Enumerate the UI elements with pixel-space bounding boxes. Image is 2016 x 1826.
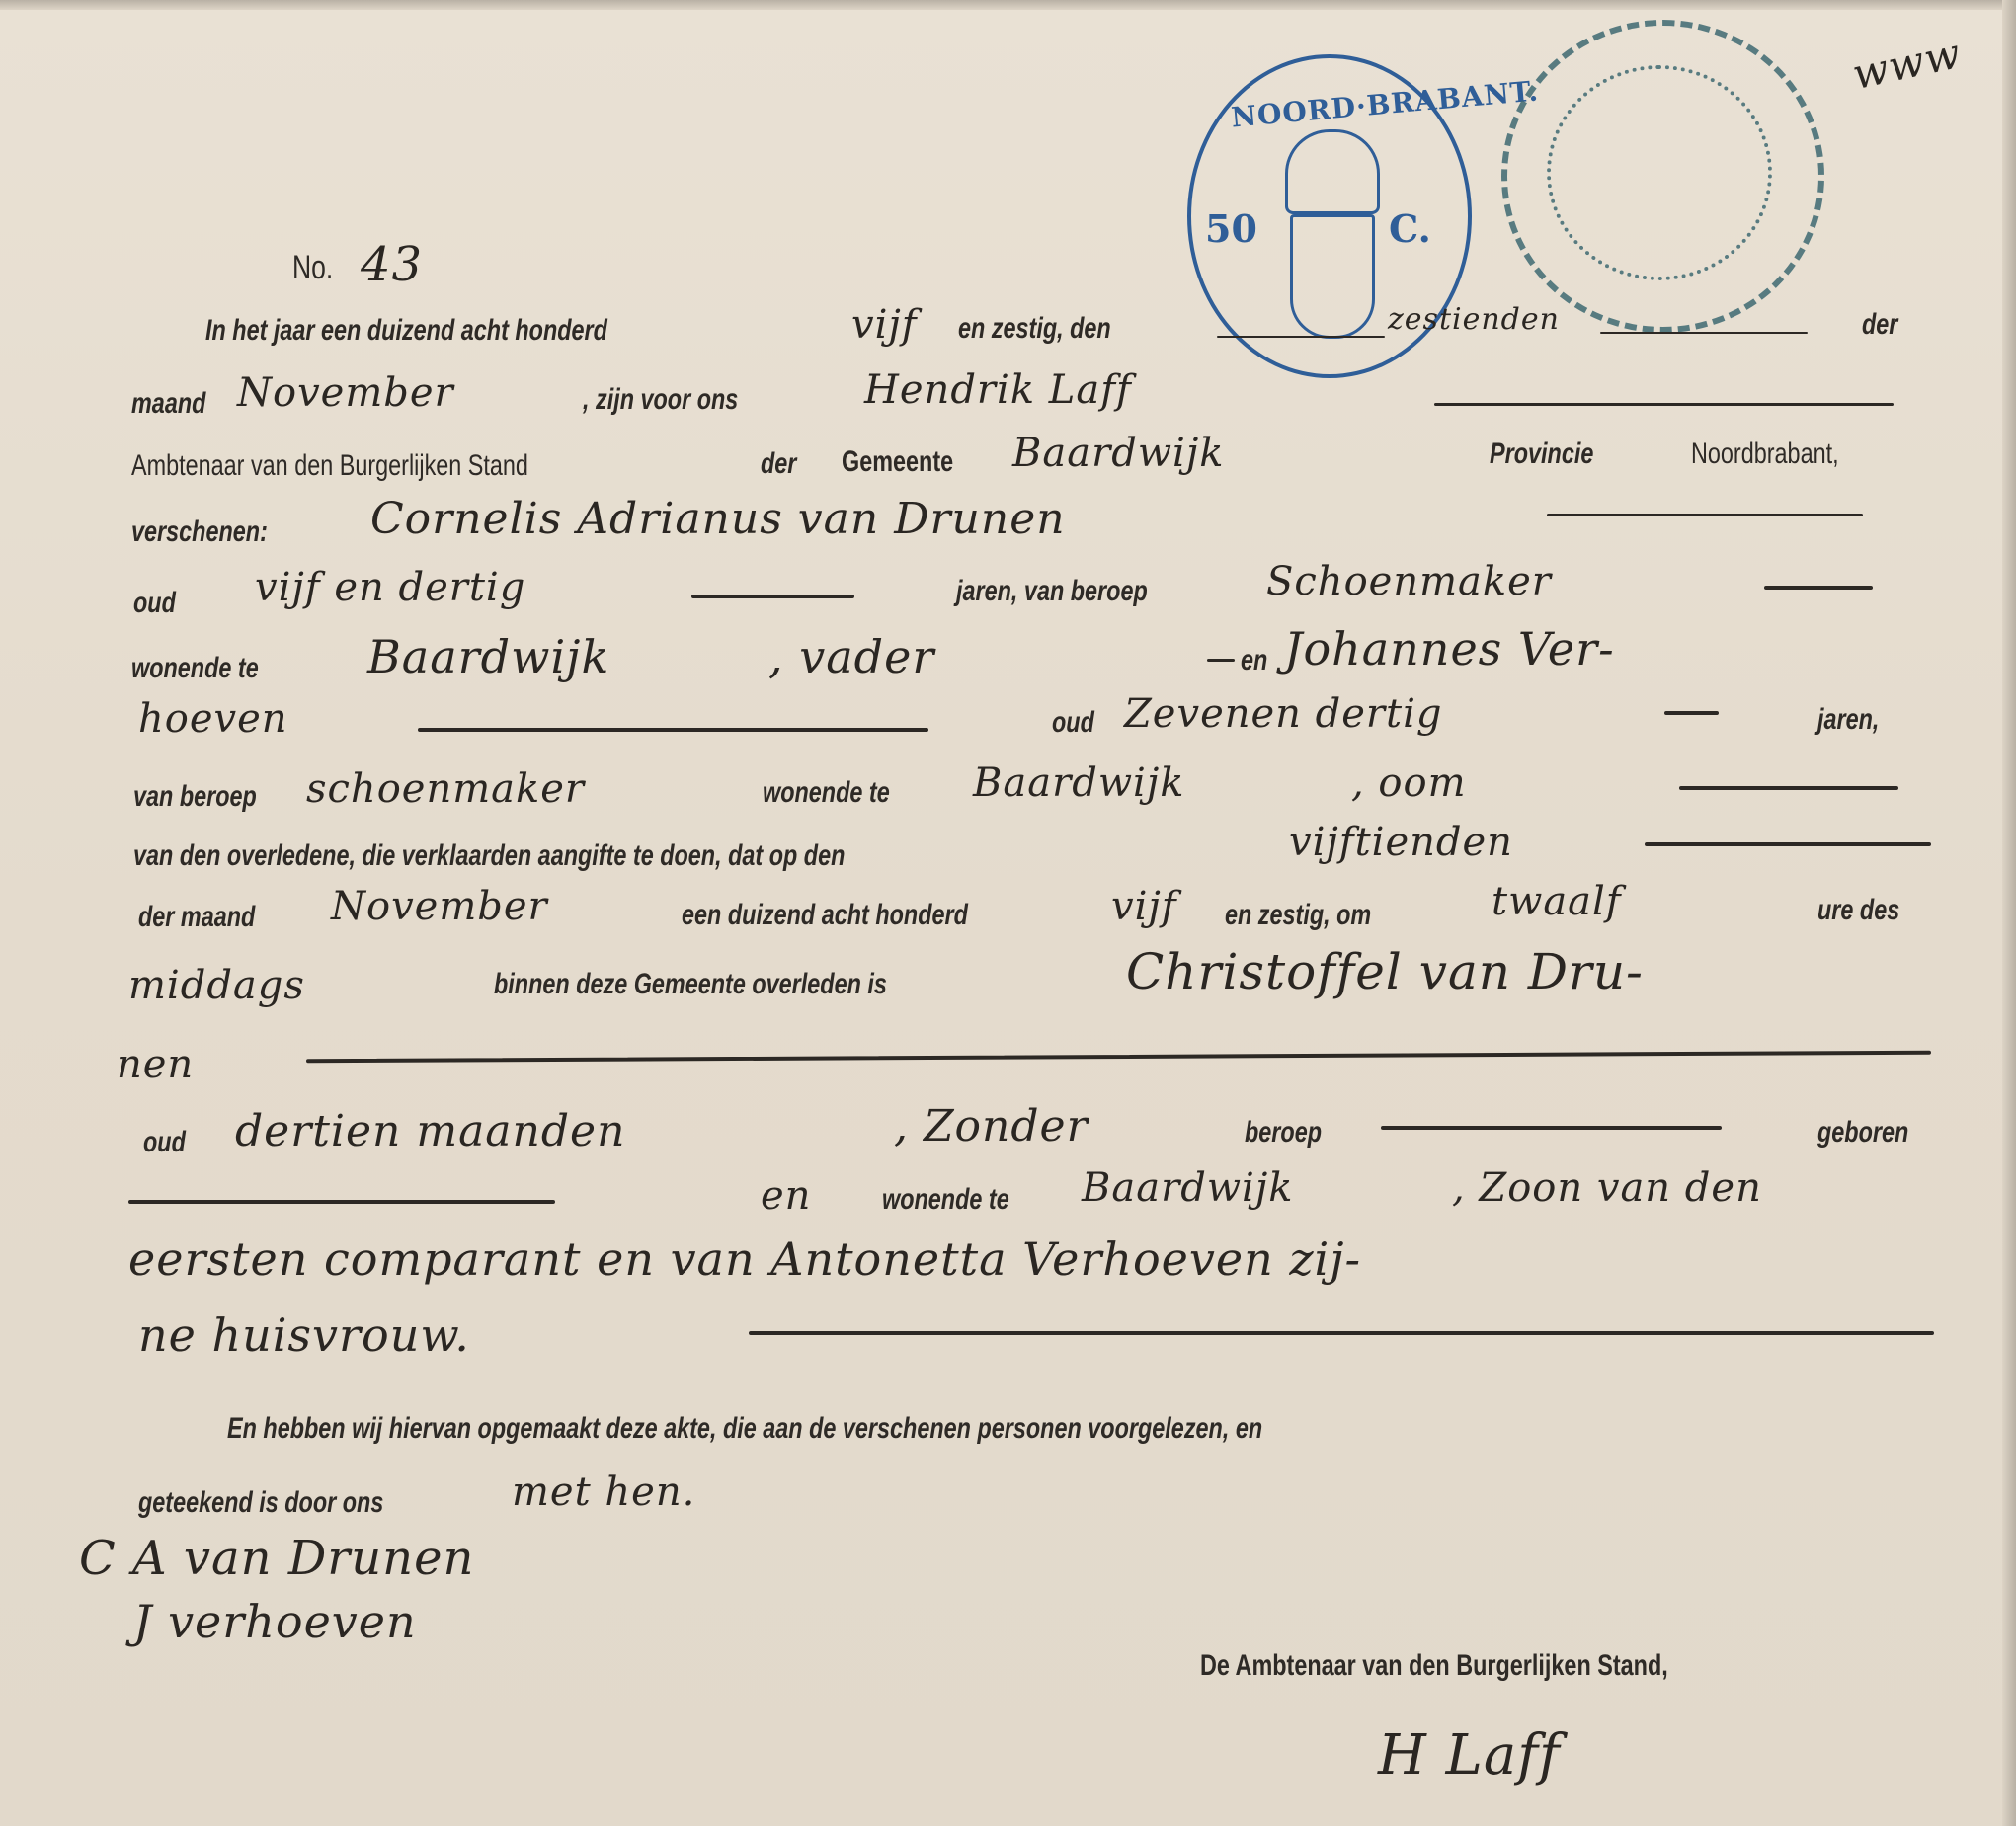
line10-printed-b: een duizend acht honderd <box>682 899 968 932</box>
line6-declarant2-hand: Johannes Ver- <box>1284 622 1615 675</box>
crown-icon <box>1285 129 1380 214</box>
line10-printed-d: ure des <box>1817 894 1899 927</box>
record-number: 43 <box>361 237 423 292</box>
line3-printed-c: Gemeente <box>842 445 953 479</box>
line5-printed-a: oud <box>133 587 176 620</box>
line6-relation-hand: , vader <box>768 630 934 683</box>
line1-fill-a <box>1217 336 1385 338</box>
line2-printed-b: , zijn voor ons <box>583 383 738 417</box>
line7-declarant2-cont-hand: hoeven <box>138 696 288 742</box>
line7-fill-a <box>418 728 928 732</box>
line3-printed-d: Provincie <box>1490 437 1593 471</box>
line4-declarant1-hand: Cornelis Adrianus van Drunen <box>370 494 1066 544</box>
line3-printed-e: Noordbrabant, <box>1691 437 1839 471</box>
line3-printed-b: der <box>761 447 796 481</box>
line13-fill <box>1381 1126 1722 1130</box>
line14-conj-hand: en <box>761 1173 811 1219</box>
seal-inner-ring <box>1547 65 1772 280</box>
line6-printed-a: wonende te <box>131 652 259 685</box>
line3-printed-a: Ambtenaar van den Burgerlijken Stand <box>131 449 528 483</box>
line13-printed-c: geboren <box>1817 1116 1908 1150</box>
line6-printed-b: en <box>1241 644 1267 677</box>
line3-municipality-hand: Baardwijk <box>1012 431 1225 476</box>
line10-month-hand: November <box>331 884 548 929</box>
page-top-edge <box>0 0 2016 10</box>
witness1-signature: C A van Drunen <box>79 1531 474 1586</box>
line13-occupation-hand: , Zonder <box>894 1101 1089 1151</box>
line9-day-hand: vijftienden <box>1289 820 1513 865</box>
line8-printed-b: wonende te <box>763 776 890 810</box>
line14-fill <box>128 1200 555 1204</box>
line1-printed-a: In het jaar een duizend acht honderd <box>205 314 607 348</box>
line1-day-hand: zestienden <box>1388 302 1560 337</box>
line2-month-hand: November <box>237 370 454 416</box>
line11-printed-a: binnen deze Gemeente overleden is <box>494 968 887 1001</box>
line6-residence-hand: Baardwijk <box>367 630 609 683</box>
line14-relation-hand: , Zoon van den <box>1452 1165 1762 1211</box>
line9-printed-a: van den overledene, die verklaarden aang… <box>133 839 845 873</box>
line12-deceased-cont-hand: nen <box>117 1042 194 1087</box>
line8-residence-hand: Baardwijk <box>973 760 1185 806</box>
line6-dash <box>1207 659 1235 662</box>
line7-age-hand: Zevenen dertig <box>1124 691 1443 737</box>
line1-printed-b: en zestig, den <box>958 312 1111 346</box>
line8-fill <box>1679 786 1898 790</box>
closing-line1: En hebben wij hiervan opgemaakt deze akt… <box>227 1412 1262 1446</box>
line10-hour-hand: twaalf <box>1492 879 1622 924</box>
line8-printed-a: van beroep <box>133 780 257 814</box>
line16-fill <box>749 1331 1934 1335</box>
line5-printed-b: jaren, van beroep <box>956 575 1148 608</box>
line16-parents-cont-hand: ne huisvrouw. <box>138 1309 470 1362</box>
line5-fill-b <box>1764 586 1873 590</box>
line5-fill-a <box>691 595 854 598</box>
line7-printed-a: oud <box>1052 706 1094 740</box>
closing-line2-printed: geteekend is door ons <box>138 1486 383 1520</box>
official-signature: H Laff <box>1378 1723 1561 1787</box>
line9-fill <box>1645 842 1931 846</box>
line11-daypart-hand: middags <box>128 963 305 1008</box>
line5-age-hand: vijf en dertig <box>255 565 525 610</box>
line4-printed-a: verschenen: <box>131 516 268 549</box>
line5-occupation-hand: Schoenmaker <box>1266 559 1552 604</box>
line1-printed-c: der <box>1862 308 1897 342</box>
page-right-edge <box>2002 0 2016 1826</box>
line2-printed-a: maand <box>131 387 205 421</box>
line7-fill-b <box>1664 711 1719 715</box>
lion-shield-icon <box>1290 214 1375 339</box>
line13-age-hand: dertien maanden <box>235 1106 625 1156</box>
embossed-seal <box>1501 20 1824 333</box>
stamp-value: 50 <box>1205 206 1257 251</box>
line13-printed-a: oud <box>143 1126 186 1159</box>
stamp-unit: C. <box>1389 206 1431 251</box>
line8-relation-hand: , oom <box>1351 760 1467 806</box>
line7-printed-b: jaren, <box>1817 703 1879 737</box>
line2-fill <box>1434 403 1894 406</box>
line8-occupation-hand: schoenmaker <box>306 766 585 812</box>
line10-printed-a: der maand <box>138 901 255 934</box>
line4-fill <box>1547 514 1863 516</box>
line15-parents-hand: eersten comparant en van Antonetta Verho… <box>128 1232 1361 1286</box>
record-number-label: No. <box>292 249 333 287</box>
official-title: De Ambtenaar van den Burgerlijken Stand, <box>1200 1649 1668 1683</box>
line1-fill-b <box>1600 332 1808 334</box>
line1-year-hand: vijf <box>851 302 918 348</box>
line10-year-hand: vijf <box>1111 884 1177 929</box>
line14-residence-hand: Baardwijk <box>1082 1165 1294 1211</box>
line2-official-hand: Hendrik Laff <box>864 367 1132 413</box>
line10-printed-c: en zestig, om <box>1225 899 1371 932</box>
line11-deceased-hand: Christoffel van Dru- <box>1126 943 1644 1000</box>
line14-printed-a: wonende te <box>882 1183 1009 1217</box>
witness2-signature: J verhoeven <box>133 1595 417 1648</box>
line13-printed-b: beroep <box>1245 1116 1322 1150</box>
closing-line2-hand: met hen. <box>512 1469 695 1515</box>
